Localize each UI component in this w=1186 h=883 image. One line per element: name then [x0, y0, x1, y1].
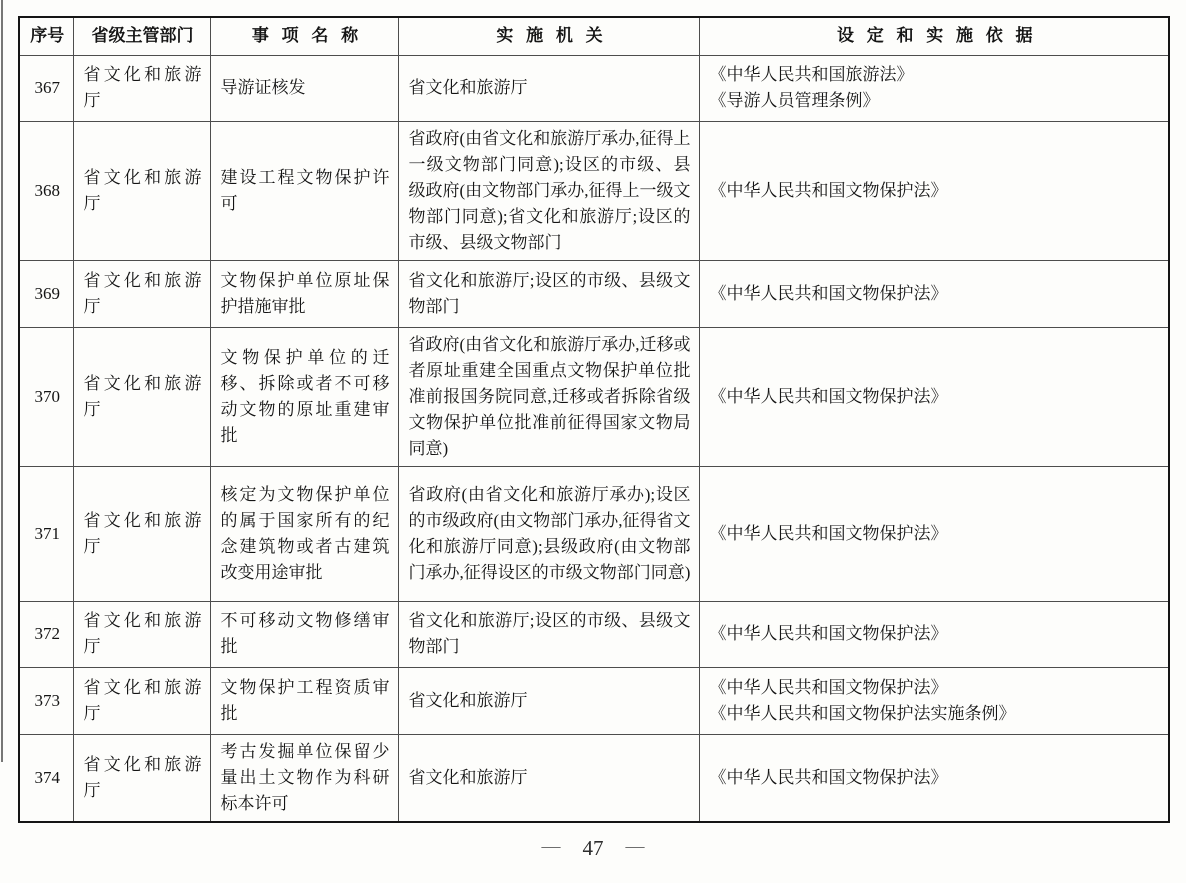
cell-department: 省文化和旅游厅 — [73, 667, 210, 734]
scan-edge-artifact — [1, 0, 3, 762]
cell-item-name: 文物保护工程资质审批 — [210, 667, 398, 734]
table-header-row: 序号 省级主管部门 事项名称 实施机关 设定和实施依据 — [19, 17, 1169, 55]
cell-basis: 《中华人民共和国文物保护法》 — [699, 121, 1169, 260]
cell-basis: 《中华人民共和国文物保护法》 《中华人民共和国文物保护法实施条例》 — [699, 667, 1169, 734]
cell-department: 省文化和旅游厅 — [73, 734, 210, 822]
cell-serial: 368 — [19, 121, 73, 260]
footer-right-dash: — — [626, 836, 645, 857]
col-header-item-name: 事项名称 — [210, 17, 398, 55]
cell-item-name: 不可移动文物修缮审批 — [210, 601, 398, 667]
cell-item-name: 考古发掘单位保留少量出土文物作为科研标本许可 — [210, 734, 398, 822]
cell-basis: 《中华人民共和国文物保护法》 — [699, 466, 1169, 601]
table-row-368: 368 省文化和旅游厅 建设工程文物保护许可 省政府(由省文化和旅游厅承办,征得… — [19, 121, 1169, 260]
cell-agency: 省政府(由省文化和旅游厅承办);设区的市级政府(由文物部门承办,征得省文化和旅游… — [398, 466, 699, 601]
cell-serial: 372 — [19, 601, 73, 667]
cell-agency: 省政府(由省文化和旅游厅承办,征得上一级文物部门同意);设区的市级、县级政府(由… — [398, 121, 699, 260]
col-header-agency: 实施机关 — [398, 17, 699, 55]
cell-item-name: 核定为文物保护单位的属于国家所有的纪念建筑物或者古建筑改变用途审批 — [210, 466, 398, 601]
cell-item-name: 导游证核发 — [210, 55, 398, 121]
cell-department: 省文化和旅游厅 — [73, 55, 210, 121]
col-header-basis: 设定和实施依据 — [699, 17, 1169, 55]
cell-department: 省文化和旅游厅 — [73, 260, 210, 327]
cell-agency: 省文化和旅游厅;设区的市级、县级文物部门 — [398, 601, 699, 667]
cell-agency: 省文化和旅游厅;设区的市级、县级文物部门 — [398, 260, 699, 327]
col-header-department: 省级主管部门 — [73, 17, 210, 55]
table-row-373: 373 省文化和旅游厅 文物保护工程资质审批 省文化和旅游厅 《中华人民共和国文… — [19, 667, 1169, 734]
cell-agency: 省文化和旅游厅 — [398, 667, 699, 734]
footer-left-dash: — — [542, 836, 561, 857]
cell-basis: 《中华人民共和国文物保护法》 — [699, 260, 1169, 327]
cell-item-name: 建设工程文物保护许可 — [210, 121, 398, 260]
cell-serial: 369 — [19, 260, 73, 327]
table-row-369: 369 省文化和旅游厅 文物保护单位原址保护措施审批 省文化和旅游厅;设区的市级… — [19, 260, 1169, 327]
cell-department: 省文化和旅游厅 — [73, 601, 210, 667]
cell-item-name: 文物保护单位原址保护措施审批 — [210, 260, 398, 327]
cell-agency: 省政府(由省文化和旅游厅承办,迁移或者原址重建全国重点文物保护单位批准前报国务院… — [398, 327, 699, 466]
table-row-367: 367 省文化和旅游厅 导游证核发 省文化和旅游厅 《中华人民共和国旅游法》 《… — [19, 55, 1169, 121]
cell-serial: 370 — [19, 327, 73, 466]
page-footer: —47— — [0, 836, 1186, 861]
cell-serial: 371 — [19, 466, 73, 601]
page-number: 47 — [583, 836, 604, 860]
cell-serial: 373 — [19, 667, 73, 734]
cell-serial: 374 — [19, 734, 73, 822]
cell-basis: 《中华人民共和国文物保护法》 — [699, 734, 1169, 822]
cell-serial: 367 — [19, 55, 73, 121]
cell-item-name: 文物保护单位的迁移、拆除或者不可移动文物的原址重建审批 — [210, 327, 398, 466]
table-row-370: 370 省文化和旅游厅 文物保护单位的迁移、拆除或者不可移动文物的原址重建审批 … — [19, 327, 1169, 466]
cell-agency: 省文化和旅游厅 — [398, 55, 699, 121]
cell-department: 省文化和旅游厅 — [73, 121, 210, 260]
cell-department: 省文化和旅游厅 — [73, 327, 210, 466]
cell-agency: 省文化和旅游厅 — [398, 734, 699, 822]
table-row-372: 372 省文化和旅游厅 不可移动文物修缮审批 省文化和旅游厅;设区的市级、县级文… — [19, 601, 1169, 667]
cell-basis: 《中华人民共和国旅游法》 《导游人员管理条例》 — [699, 55, 1169, 121]
col-header-serial: 序号 — [19, 17, 73, 55]
cell-department: 省文化和旅游厅 — [73, 466, 210, 601]
cell-basis: 《中华人民共和国文物保护法》 — [699, 601, 1169, 667]
table-row-374: 374 省文化和旅游厅 考古发掘单位保留少量出土文物作为科研标本许可 省文化和旅… — [19, 734, 1169, 822]
licensing-items-table: 序号 省级主管部门 事项名称 实施机关 设定和实施依据 367 省文化和旅游厅 … — [18, 16, 1170, 823]
cell-basis: 《中华人民共和国文物保护法》 — [699, 327, 1169, 466]
table-row-371: 371 省文化和旅游厅 核定为文物保护单位的属于国家所有的纪念建筑物或者古建筑改… — [19, 466, 1169, 601]
